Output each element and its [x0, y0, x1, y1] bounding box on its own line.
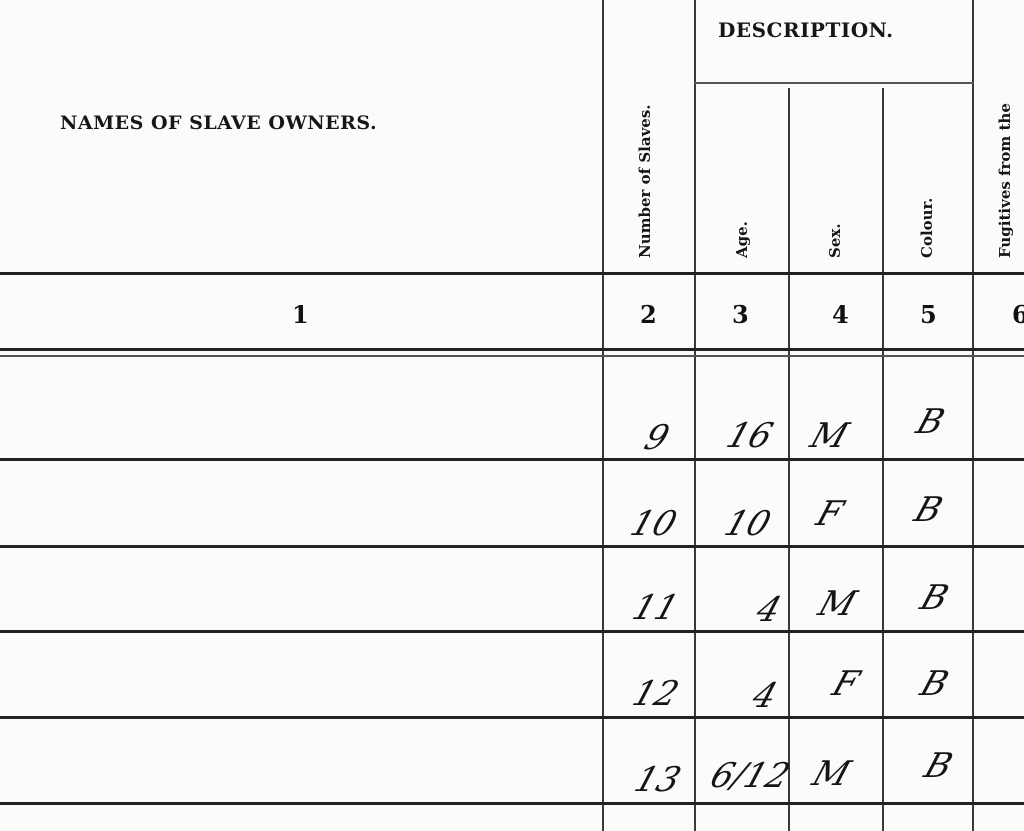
column-divider [972, 0, 974, 831]
column-number-rule-2 [0, 355, 1024, 357]
row-rule [0, 630, 1024, 633]
number-of-slaves-header: Number of Slaves. [636, 104, 654, 258]
header-rule [0, 272, 1024, 275]
row-2-colour: B [910, 490, 948, 530]
column-divider [694, 0, 696, 831]
row-1-number: 9 [640, 418, 675, 458]
row-4-sex: F [828, 664, 865, 704]
row-5-number: 13 [630, 760, 686, 800]
census-page: NAMES OF SLAVE OWNERS. DESCRIPTION. Numb… [0, 0, 1024, 831]
row-rule [0, 458, 1024, 461]
row-1-age: 16 [722, 416, 778, 456]
row-4-colour: B [916, 664, 954, 704]
column-number-2: 2 [640, 300, 657, 329]
column-number-4: 4 [832, 300, 849, 329]
age-header: Age. [733, 221, 751, 258]
column-number-1: 1 [292, 300, 309, 329]
column-number-3: 3 [732, 300, 749, 329]
row-4-number: 12 [628, 674, 684, 714]
row-3-sex: M [814, 584, 862, 624]
row-3-age: 4 [752, 590, 787, 630]
owners-column-header: NAMES OF SLAVE OWNERS. [60, 112, 377, 134]
row-3-number: 11 [628, 588, 684, 628]
row-2-number: 10 [626, 504, 682, 544]
column-number-6: 6 [1012, 300, 1024, 329]
row-3-colour: B [916, 578, 954, 618]
fugitives-header: Fugitives from the [996, 103, 1014, 258]
row-1-colour: B [912, 402, 950, 442]
row-2-age: 10 [720, 504, 776, 544]
description-rule [694, 82, 974, 84]
column-number-5: 5 [920, 300, 937, 329]
column-divider [602, 0, 604, 831]
row-1-sex: M [806, 416, 854, 456]
row-rule [0, 716, 1024, 719]
row-5-age: 6/12 [706, 756, 795, 796]
row-rule [0, 545, 1024, 548]
row-5-colour: B [920, 746, 958, 786]
row-4-age: 4 [748, 676, 783, 716]
row-2-sex: F [812, 494, 849, 534]
row-5-sex: M [808, 754, 856, 794]
row-rule [0, 802, 1024, 805]
column-number-rule [0, 348, 1024, 351]
description-header: DESCRIPTION. [718, 18, 894, 42]
sex-header: Sex. [826, 223, 844, 258]
colour-header: Colour. [918, 198, 936, 258]
